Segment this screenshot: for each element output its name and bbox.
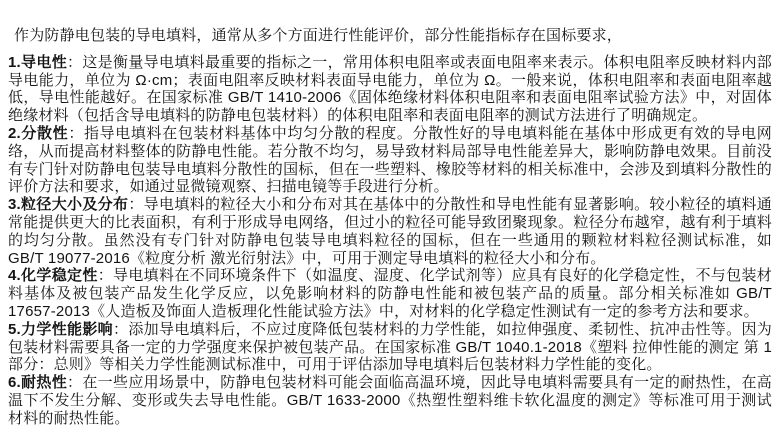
section-heat-resistance: 6.耐热性：在一些应用场景中，防静电包装材料可能会面临高温环境，因此导电填料需要… <box>8 374 772 427</box>
section-label: 4.化学稳定性 <box>8 267 98 284</box>
section-particle-size: 3.粒径大小及分布：导电填料的粒径大小和分布对其在基体中的分散性和导电性能有显著… <box>8 196 772 267</box>
section-label: 5.力学性能影响 <box>8 321 113 338</box>
intro-paragraph: 作为防静电包装的导电填料，通常从多个方面进行性能评价，部分性能指标存在国标要求， <box>8 27 772 45</box>
section-conductivity: 1.导电性：这是衡量导电填料最重要的指标之一，常用体积电阻率或表面电阻率来表示。… <box>8 54 772 125</box>
document-page: 作为防静电包装的导电填料，通常从多个方面进行性能评价，部分性能指标存在国标要求，… <box>0 0 780 438</box>
section-body: ：这是衡量导电填料最重要的指标之一，常用体积电阻率或表面电阻率来表示。体积电阻率… <box>8 54 772 124</box>
section-label: 1.导电性 <box>8 54 67 71</box>
section-body: ：导电填料在不同环境条件下（如温度、湿度、化学试剂等）应具有良好的化学稳定性，不… <box>8 267 772 320</box>
section-label: 6.耐热性 <box>8 374 67 391</box>
section-label: 3.粒径大小及分布 <box>8 196 128 213</box>
section-body: ：添加导电填料后，不应过度降低包装材料的力学性能，如拉伸强度、柔韧性、抗冲击性等… <box>8 321 772 374</box>
section-dispersibility: 2.分散性：指导电填料在包装材料基体中均匀分散的程度。分散性好的导电填料能在基体… <box>8 125 772 196</box>
section-label: 2.分散性 <box>8 125 68 142</box>
section-body: ：指导电填料在包装材料基体中均匀分散的程度。分散性好的导电填料能在基体中形成更有… <box>8 125 772 195</box>
section-body: ：在一些应用场景中，防静电包装材料可能会面临高温环境，因此导电填料需要具有一定的… <box>8 374 772 427</box>
section-mechanical-impact: 5.力学性能影响：添加导电填料后，不应过度降低包装材料的力学性能，如拉伸强度、柔… <box>8 321 772 374</box>
section-chemical-stability: 4.化学稳定性：导电填料在不同环境条件下（如温度、湿度、化学试剂等）应具有良好的… <box>8 267 772 320</box>
